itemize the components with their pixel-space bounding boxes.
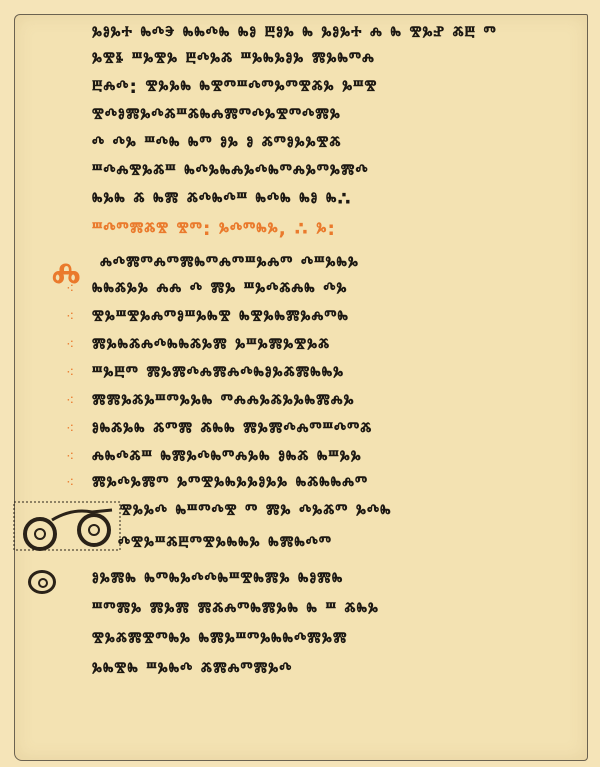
text-line: ⰳⰺⱛ ⱎⰳⰺⰳ ⰱⰴⰳⰶ ⱎⰳⰸⰳⱁⰳ ⰿⰳⰸⱅⰾ — [92, 46, 578, 72]
text-line: ⰿⰿⰳⰶⰳⱎⱅⰳⰳⰸ ⱅⰾⰾⰳⰶⰳⰳⰸⰿⰾⰳ — [92, 388, 578, 414]
text-line: ⰺⰳⱎⰺⰳⰾⱅⱁⱎⰳⰸⰺ ⰸⰺⰳⰸⰿⰳⰾⱅⰸ — [92, 304, 578, 330]
text-line: ⰺⰳⰶⰿⰺⱅⰸⰳ ⰸⰿⰳⱎⱅⰳⰸⰸⰴⰿⰳⰿ — [92, 626, 578, 652]
margin-dots: ⁖ — [66, 338, 74, 352]
margin-dots: ⁖ — [66, 310, 74, 324]
text-line: ⱎⰳⰱⱅ ⰿⰳⰿⰴⰾⰿⰾⰴⰸⱁⰳⰶⰿⰸⰸⰳ — [92, 360, 578, 386]
margin-dots: ⁖ — [66, 422, 74, 436]
text-line: ⰴ ⰴⰳ ⱎⰴⰸ ⰸⱅ ⱁⰳ ⱁ ⰶⱅⱁⰳⰳⰺⰶ — [92, 130, 578, 156]
ornament-icon — [12, 500, 122, 555]
text-line: ⰸⰳⰸ ⰶ ⰸⰿ ⰶⰴⰸⰴⱎ ⰸⰴⰸ ⰸⱁ ⰸ∴ — [92, 186, 578, 212]
text-line: ⰳⰸⰺⰸ ⱎⰳⰸⰴ ⰶⰿⰾⱅⰿⰳⰴ — [92, 656, 578, 682]
text-line: ⰱⰾⰴ: ⰺⰳⰳⰸ ⰸⰺⱅⱎⰴⱅⰳⱅⰺⰶⰳ ⰳⱎⰺ — [92, 74, 578, 100]
text-line: ⰺⰴⱁⰿⰳⰴⰶⱎⰶⰸⰾⰿⱅⰴⰳⰺⱅⰴⰿⰳ — [92, 102, 578, 128]
text-line: ⰺⰳⰳⰴ ⰸⱎⱅⰴⰺ ⱅ ⰿⰳ ⰴⰳⰶⱅ ⰳⰴⰸ — [120, 498, 578, 524]
text-line: ⰿⰳⰸⰶⰾⰴⰸⰸⰶⰳⰿ ⰳⱎⰳⰿⰳⰺⰳⰶ — [92, 332, 578, 358]
text-line: ⰸⰸⰶⰳⰳ ⰾⰾ ⰴ ⰿⰳ ⱎⰳⰴⰶⰾⰸ ⰴⰳ — [92, 276, 578, 302]
text-line: ⰾⰸⰴⰶⱎ ⰸⰿⰳⰴⰸⱅⰾⰳⰸ ⱁⰸⰶ ⰸⱎⰳⰳ — [92, 444, 578, 470]
text-line: ⰿⰳⰴⰳⰿⱅ ⰳⱅⰺⰳⰸⰳⰳⱁⰳⰳ ⰸⰶⰸⰸⰾⱅ — [92, 470, 578, 496]
text-line: ⰾⰴⰿⱅⰾⱅⰿⰸⱅⰾⱅⱎⰳⰾⱅ ⰴⱎⰳⰸⰳ — [100, 250, 578, 276]
margin-dots: ⁖ — [66, 476, 74, 490]
text-line: ⱎⰴⰾⰺⰳⰶⱎ ⰸⰴⰳⰸⰾⰳⰴⰸⱅⰾⰳⱅⰳⰿⰴ — [92, 158, 578, 184]
margin-dots: ⁖ — [66, 366, 74, 380]
margin-dots: ⁖ — [66, 450, 74, 464]
text-line: ⱁⰳⰿⰸ ⰸⱅⰸⰳⰴⰴⰸⱎⰺⰸⰿⰳ ⰸⱁⰿⰸ — [92, 566, 578, 592]
rubric-line: ⱎⰴⱅⰿⰶⰺ ⰺⱅ: ⰳⰴⱅⰸⰳ, ∴ ⰳ: — [92, 216, 578, 242]
text-line: ⱎⱅⰿⰳ ⰿⰳⰿ ⰿⰶⰾⱅⰸⰿⰳⰸ ⰸ ⱎ ⰶⰸⰳ — [92, 596, 578, 622]
circle-mark-icon — [28, 570, 56, 594]
margin-dots: ⁖ — [66, 282, 74, 296]
text-line: ⱁⰸⰶⰳⰸ ⰶⱅⰿ ⰶⰸⰸ ⰿⰳⰿⰴⰾⱅⱎⰴⱅⰶ — [92, 416, 578, 442]
text-line: ⰴⰺⰳⱎⰶⰱⱅⰺⰳⰸⰸⰳ ⰸⰿⰸⰴⱅ — [118, 530, 578, 556]
text-line: ⰳⱁⰳⰰ ⰸⰴⰵ ⰸⰸⰴⰸ ⰸⱁ ⰱⱁⰳ ⰸ ⰳⱁⰳⰰ ⰾ ⰸ ⰺⰳⱀ ⰶⰱ ⱅ — [92, 20, 578, 46]
margin-dots: ⁖ — [66, 394, 74, 408]
